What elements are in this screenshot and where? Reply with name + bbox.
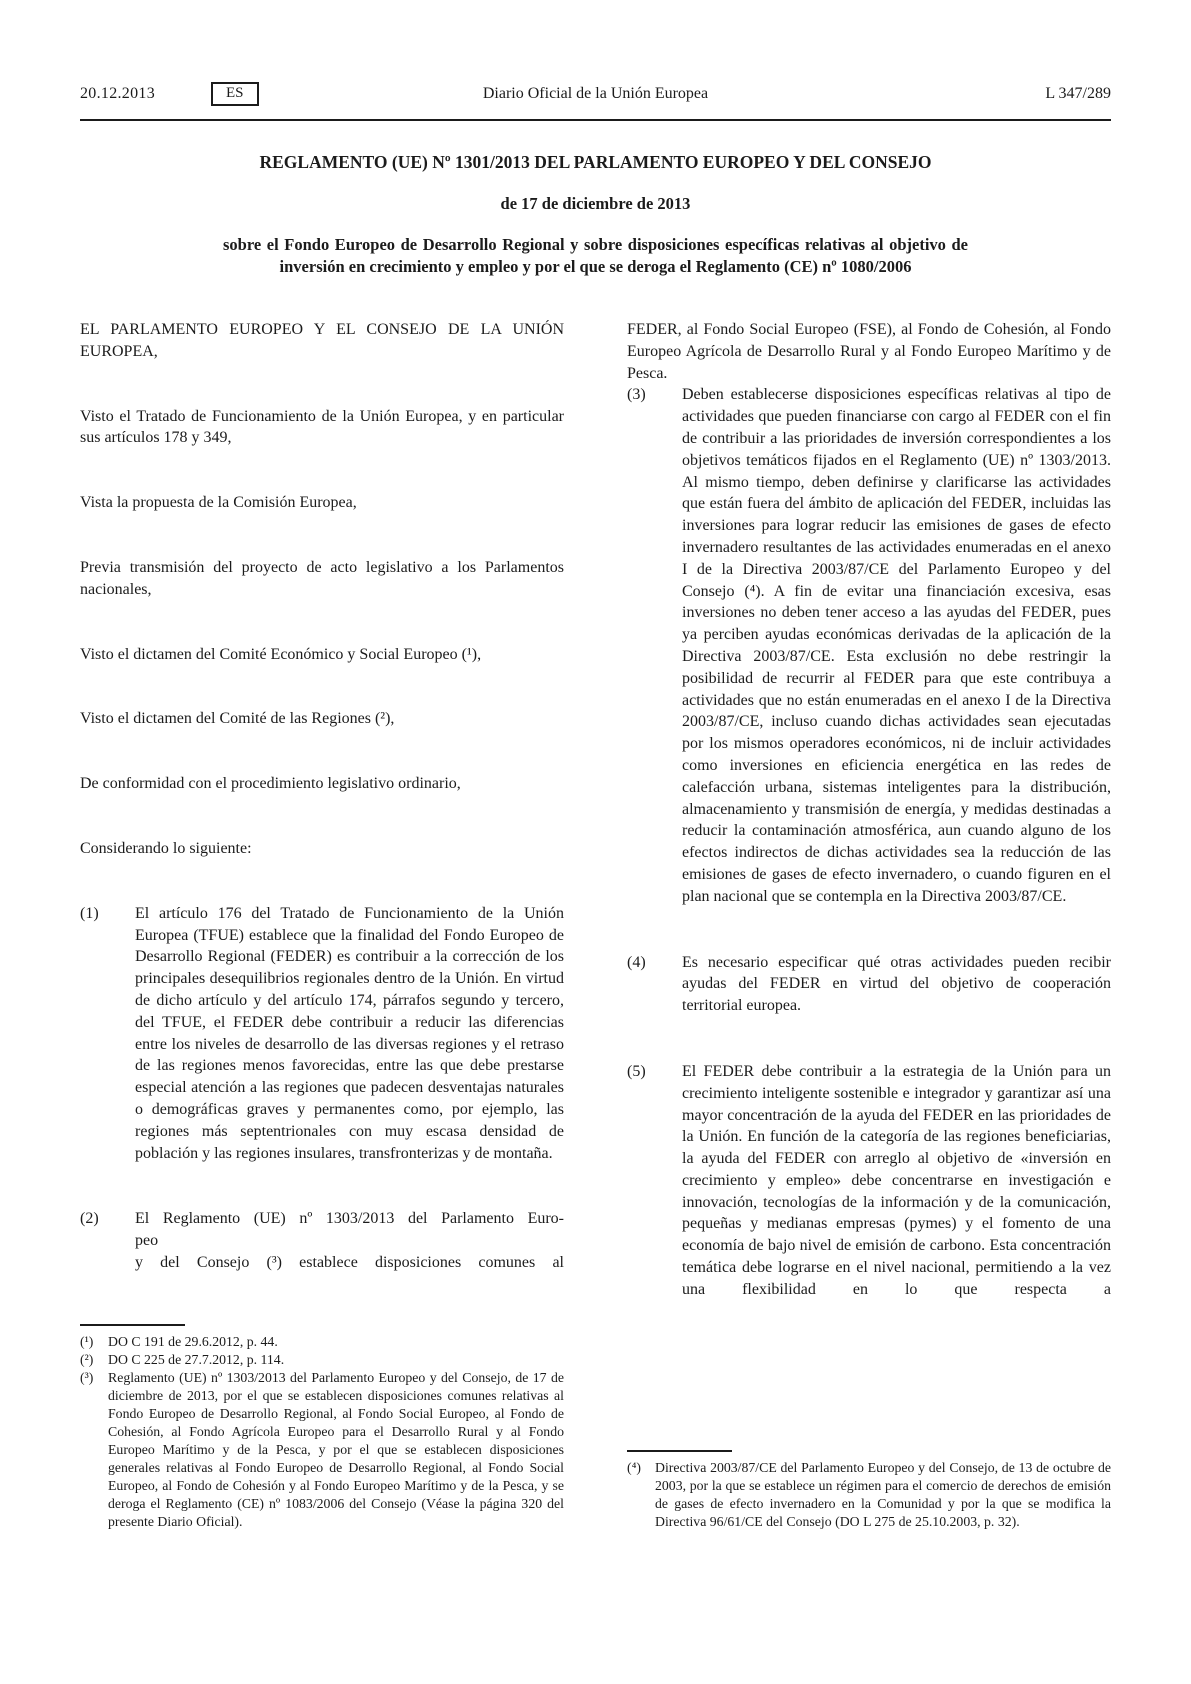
footnote-1: (¹) DO C 191 de 29.6.2012, p. 44. [80,1333,564,1351]
footnote-divider [627,1450,732,1452]
recital-2-continuation: FEDER, al Fondo Social Europeo (FSE), al… [627,319,1111,384]
language-code-badge: ES [211,82,259,106]
right-column: FEDER, al Fondo Social Europeo (FSE), al… [627,319,1111,1531]
recital-number: (1) [80,903,135,1165]
preamble: EL PARLAMENTO EUROPEO Y EL CONSEJO DE LA… [80,319,564,903]
body-columns: EL PARLAMENTO EUROPEO Y EL CONSEJO DE LA… [0,319,1191,1531]
official-journal-page: 20.12.2013 ES Diario Oficial de la Unión… [0,0,1191,1684]
recital-number: (2) [80,1208,135,1273]
preamble-paragraph: EL PARLAMENTO EUROPEO Y EL CONSEJO DE LA… [80,319,564,363]
footnote-text: DO C 225 de 27.7.2012, p. 114. [108,1351,564,1369]
journal-title: Diario Oficial de la Unión Europea [483,85,708,103]
preamble-paragraph: Vista la propuesta de la Comisión Europe… [80,492,564,514]
footnote-2: (²) DO C 225 de 27.7.2012, p. 114. [80,1351,564,1369]
regulation-date-line: de 17 de diciembre de 2013 [0,193,1191,215]
preamble-paragraph: De conformidad con el procedimiento legi… [80,773,564,795]
header-left: 20.12.2013 ES [80,82,259,106]
page-header: 20.12.2013 ES Diario Oficial de la Unión… [0,0,1191,106]
recital-1: (1) El artículo 176 del Tratado de Funci… [80,903,564,1165]
header-divider [80,119,1111,121]
recital-number: (4) [627,952,682,1017]
footnote-divider [80,1324,185,1326]
recital-text: Deben establecerse disposiciones específ… [682,384,1111,907]
page-reference: L 347/289 [1045,85,1111,103]
publication-date: 20.12.2013 [80,85,155,103]
footnote-4: (⁴) Directiva 2003/87/CE del Parlamento … [627,1459,1111,1531]
preamble-paragraph: Visto el dictamen del Comité de las Regi… [80,708,564,730]
footnote-text: Directiva 2003/87/CE del Parlamento Euro… [655,1459,1111,1531]
title-block: REGLAMENTO (UE) Nº 1301/2013 DEL PARLAME… [0,151,1191,277]
recital-number: (3) [627,384,682,907]
recital-3: (3) Deben establecerse disposiciones esp… [627,384,1111,907]
preamble-paragraph: Considerando lo siguiente: [80,838,564,860]
footnotes-left: (¹) DO C 191 de 29.6.2012, p. 44. (²) DO… [80,1318,564,1531]
preamble-paragraph: Visto el Tratado de Funcionamiento de la… [80,406,564,450]
footnotes-right: (⁴) Directiva 2003/87/CE del Parlamento … [627,1444,1111,1531]
recital-5: (5) El FEDER debe contribuir a la estrat… [627,1061,1111,1301]
recital-text: El Reglamento (UE) nº 1303/2013 del Parl… [135,1208,564,1273]
recital-2: (2) El Reglamento (UE) nº 1303/2013 del … [80,1208,564,1273]
footnote-marker: (³) [80,1369,108,1531]
left-column: EL PARLAMENTO EUROPEO Y EL CONSEJO DE LA… [80,319,564,1531]
recital-4: (4) Es necesario especificar qué otras a… [627,952,1111,1017]
footnote-text: DO C 191 de 29.6.2012, p. 44. [108,1333,564,1351]
recital-text: El FEDER debe contribuir a la estrategia… [682,1061,1111,1301]
footnote-marker: (²) [80,1351,108,1369]
footnote-marker: (⁴) [627,1459,655,1531]
recital-text: Es necesario especificar qué otras activ… [682,952,1111,1017]
footnote-text: Reglamento (UE) nº 1303/2013 del Parlame… [108,1369,564,1531]
regulation-subject: sobre el Fondo Europeo de Desarrollo Reg… [223,234,968,277]
regulation-heading: REGLAMENTO (UE) Nº 1301/2013 DEL PARLAME… [0,151,1191,174]
preamble-paragraph: Previa transmisión del proyecto de acto … [80,557,564,601]
preamble-paragraph: Visto el dictamen del Comité Económico y… [80,644,564,666]
recital-number: (5) [627,1061,682,1301]
recital-text: El artículo 176 del Tratado de Funcionam… [135,903,564,1165]
footnote-marker: (¹) [80,1333,108,1351]
footnote-3: (³) Reglamento (UE) nº 1303/2013 del Par… [80,1369,564,1531]
